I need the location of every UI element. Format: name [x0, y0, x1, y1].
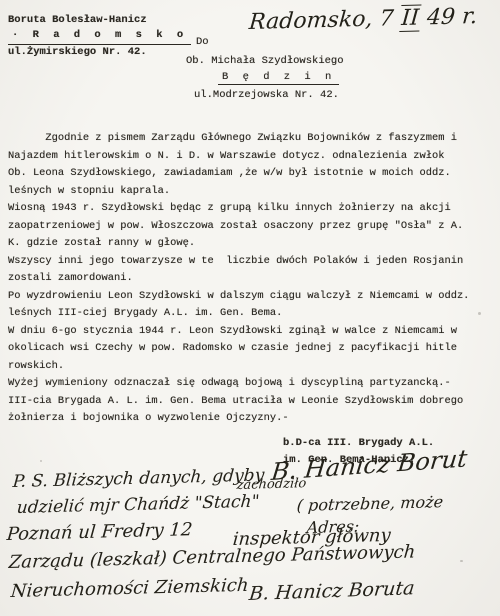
body-line: rowskich. — [8, 358, 494, 376]
body-line: Po wyzdrowieniu Leon Szydłowski w dalszy… — [8, 288, 494, 306]
recipient-street: ul.Modrzejowska Nr. 42. — [194, 89, 339, 101]
ps-line-3-left: Poznań ul Fredry 12 — [6, 519, 193, 545]
body-line: III-cia Brygada A. L. im. Gen. Bema utra… — [8, 393, 494, 411]
ps-line-2: udzielić mjr Chańdż "Stach" — [16, 492, 260, 518]
body-line: K. gdzie został ranny w głowę. — [8, 235, 494, 253]
date-suffix: 49 r. — [419, 4, 478, 30]
date-handwritten: Radomsko, 7 II 49 r. — [248, 4, 478, 35]
sender-name: Boruta Bolesław-Hanicz — [8, 13, 191, 28]
ps-line-1: P. S. Bliższych danych, gdyby — [12, 465, 265, 492]
recipient-city: B ę d z i n — [218, 71, 339, 85]
body-line: W dniu 6-go stycznia 1944 r. Leon Szydło… — [8, 323, 494, 341]
date-roman-numeral: II — [400, 5, 422, 32]
ps-line-4: Zarządu (leszkał) Centralnego Państwowyc… — [8, 541, 416, 573]
scan-speck — [40, 460, 42, 462]
scanned-letter-page: Boruta Bolesław-Hanicz · R a d o m s k o… — [0, 0, 500, 616]
body-line: Ob. Leona Szydłowskiego, zawiadamiam ,że… — [8, 165, 494, 183]
letter-body: Zgodnie z pismem Zarządu Głównego Związk… — [8, 130, 494, 428]
body-line: Wyżej wymieniony odznaczał się odwagą bo… — [8, 375, 494, 393]
signature-final-handwritten: B. Hanicz Boruta — [248, 577, 416, 605]
body-line: Najazdem hitlerowskim o N. i D. w Warsza… — [8, 148, 494, 166]
recipient-name: Ob. Michała Szydłowskiego — [186, 55, 344, 67]
recipient-do-label: Do — [196, 36, 209, 48]
body-line: zostali zamordowani. — [8, 270, 494, 288]
body-line: żołnierza i bojownika o wyzwolenie Ojczy… — [8, 410, 494, 428]
body-line: leśnych w stopniu kaprala. — [8, 183, 494, 201]
body-line: Wiosną 1943 r. Szydłowski będąc z grupą … — [8, 200, 494, 218]
scan-speck — [460, 560, 463, 562]
body-line: Zgodnie z pismem Zarządu Głównego Związk… — [8, 130, 494, 148]
body-line: Wszyscy inni jego towarzysze w te liczbi… — [8, 253, 494, 271]
scan-speck — [478, 312, 481, 315]
ps-note-right: ( potrzebne, może — [296, 492, 444, 515]
sender-city: · R a d o m s k o — [8, 28, 191, 45]
sender-block: Boruta Bolesław-Hanicz · R a d o m s k o… — [8, 13, 191, 60]
body-line: okolicach wsi Czechy w pow. Radomsko w c… — [8, 340, 494, 358]
sender-street: ul.Żymirskiego Nr. 42. — [8, 45, 191, 60]
body-line: leśnych III-ciej Brygady A.L. im. Gen. B… — [8, 305, 494, 323]
ps-line-5: Nieruchomości Ziemskich — [10, 575, 249, 602]
date-prefix: Radomsko, 7 — [248, 6, 402, 35]
body-line: zaopatrzeniowej w pow. Włoszczowa został… — [8, 218, 494, 236]
